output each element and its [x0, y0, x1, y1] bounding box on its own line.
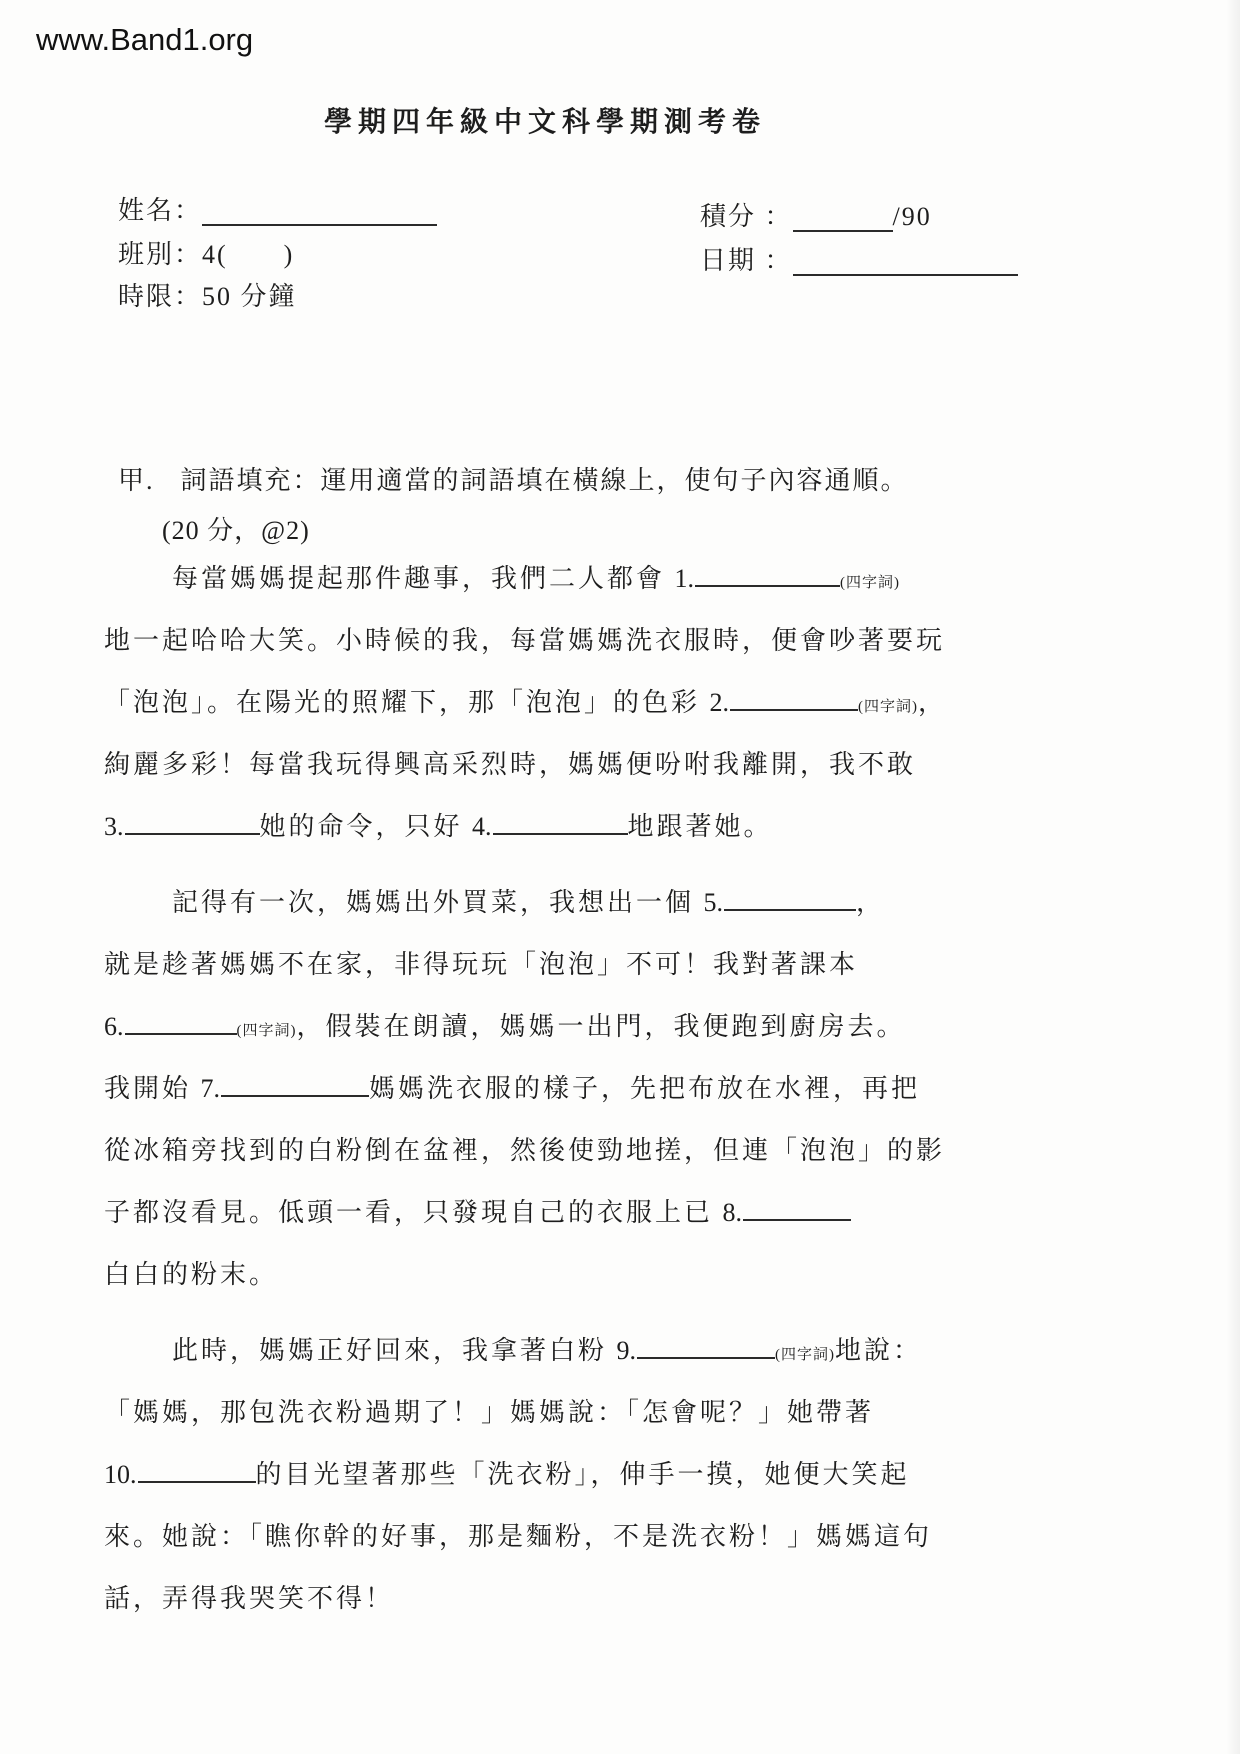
- passage-line-2: 地一起哈哈大笑。小時候的我，每當媽媽洗衣服時，便會吵著要玩: [104, 610, 1134, 672]
- blank-number-7: 7.: [201, 1074, 221, 1103]
- scan-edge-artifact: [1226, 0, 1240, 1754]
- passage-line-5: 3.她的命令，只好 4.地跟著她。: [104, 796, 1134, 858]
- score-total: /90: [893, 202, 932, 231]
- passage-text: 白白的粉末。: [104, 1260, 278, 1289]
- four-char-word-note: (四字詞): [858, 699, 918, 715]
- class-row: 班別：4( ): [118, 234, 294, 271]
- section-heading: 詞語填充：運用適當的詞語填在橫線上，使句子內容通順。: [181, 466, 909, 495]
- passage-text: ，: [856, 888, 885, 917]
- passage-text: 就是趁著媽媽不在家，非得玩玩「泡泡」不可！我對著課本: [104, 950, 858, 979]
- class-label: 班別：: [118, 240, 202, 269]
- date-label: 日期 ：: [700, 246, 793, 275]
- passage-line-16: 來。她說：「瞧你幹的好事，那是麵粉，不是洗衣粉！」媽媽這句: [104, 1506, 1134, 1568]
- date-blank-line: [793, 274, 1018, 276]
- answer-blank-2: [730, 699, 858, 711]
- passage-text: 此時，媽媽正好回來，我拿著白粉: [172, 1336, 617, 1365]
- passage-line-1: 每當媽媽提起那件趣事，我們二人都會 1.(四字詞): [104, 548, 1134, 610]
- blank-number-10: 10.: [104, 1460, 137, 1489]
- passage-text: 地一起哈哈大笑。小時候的我，每當媽媽洗衣服時，便會吵著要玩: [104, 626, 945, 655]
- passage-line-14: 「媽媽，那包洗衣粉過期了！」媽媽說：「怎會呢？」她帶著: [104, 1382, 1134, 1444]
- score-blank-line: [793, 230, 893, 232]
- four-char-word-note: (四字詞): [840, 575, 900, 591]
- page-title: 學期四年級中文科學期測考卷: [0, 100, 1090, 140]
- score-row: 積分 ：/90: [700, 196, 932, 233]
- answer-blank-10: [138, 1471, 256, 1483]
- passage-line-12: 白白的粉末。: [104, 1244, 1134, 1306]
- four-char-word-note: (四字詞): [237, 1023, 297, 1039]
- passage-text: 記得有一次，媽媽出外買菜，我想出一個: [172, 888, 704, 917]
- passage-line-3: 「泡泡」。在陽光的照耀下，那「泡泡」的色彩 2.(四字詞)，: [104, 672, 1134, 734]
- passage-text: 每當媽媽提起那件趣事，我們二人都會: [172, 564, 675, 593]
- passage-text: 話，弄得我哭笑不得！: [104, 1584, 394, 1613]
- time-limit-label: 時限：: [118, 282, 202, 311]
- passage-line-9: 我開始 7.媽媽洗衣服的樣子，先把布放在水裡，再把: [104, 1058, 1134, 1120]
- passage-text: ，: [918, 688, 947, 717]
- passage-text: 「泡泡」。在陽光的照耀下，那「泡泡」的色彩: [104, 688, 710, 717]
- passage-line-4: 絢麗多彩！每當我玩得興高采烈時，媽媽便吩咐我離開，我不敢: [104, 734, 1134, 796]
- passage-text: 媽媽洗衣服的樣子，先把布放在水裡，再把: [369, 1074, 920, 1103]
- section-heading-row: 甲.詞語填充：運用適當的詞語填在橫線上，使句子內容通順。: [118, 460, 909, 497]
- name-blank-line: [202, 224, 437, 226]
- passage-text: 「媽媽，那包洗衣粉過期了！」媽媽說：「怎會呢？」她帶著: [104, 1398, 874, 1427]
- answer-blank-8: [743, 1209, 851, 1221]
- answer-blank-4: [493, 823, 628, 835]
- passage-text: 子都沒看見。低頭一看，只發現自己的衣服上已: [104, 1198, 723, 1227]
- watermark: www.Band1.org: [36, 22, 253, 58]
- exam-page: www.Band1.org 學期四年級中文科學期測考卷 姓名： 班別：4( ) …: [0, 0, 1240, 1754]
- blank-number-5: 5.: [704, 888, 724, 917]
- time-limit-row: 時限：50 分鐘: [118, 276, 297, 313]
- passage-text: 地跟著她。: [628, 812, 773, 841]
- score-label: 積分 ：: [700, 202, 793, 231]
- passage-text: ，假裝在朗讀，媽媽一出門，我便跑到廚房去。: [297, 1012, 906, 1041]
- passage-text: 絢麗多彩！每當我玩得興高采烈時，媽媽便吩咐我離開，我不敢: [104, 750, 916, 779]
- passage-text: 她的命令，只好: [260, 812, 473, 841]
- answer-blank-1: [695, 575, 840, 587]
- passage-text: 我開始: [104, 1074, 201, 1103]
- passage-line-17: 話，弄得我哭笑不得！: [104, 1568, 1134, 1630]
- blank-number-4: 4.: [472, 812, 492, 841]
- answer-blank-6: [125, 1023, 237, 1035]
- passage-text: 的目光望著那些「洗衣粉」，伸手一摸，她便大笑起: [256, 1460, 910, 1489]
- class-value: 4( ): [202, 240, 294, 269]
- date-row: 日期 ：: [700, 240, 1018, 277]
- answer-blank-3: [125, 823, 260, 835]
- passage-line-6: 記得有一次，媽媽出外買菜，我想出一個 5.，: [104, 872, 1134, 934]
- section-points: (20 分，@2): [162, 510, 310, 547]
- four-char-word-note: (四字詞): [775, 1347, 835, 1363]
- blank-number-8: 8.: [723, 1198, 743, 1227]
- name-row: 姓名：: [118, 190, 437, 227]
- passage-line-7: 就是趁著媽媽不在家，非得玩玩「泡泡」不可！我對著課本: [104, 934, 1134, 996]
- answer-blank-5: [724, 899, 856, 911]
- passage-line-11: 子都沒看見。低頭一看，只發現自己的衣服上已 8.: [104, 1182, 1134, 1244]
- blank-number-6: 6.: [104, 1012, 124, 1041]
- answer-blank-9: [637, 1347, 775, 1359]
- answer-blank-7: [221, 1085, 369, 1097]
- section-marker: 甲.: [118, 466, 155, 495]
- passage-line-8: 6.(四字詞)，假裝在朗讀，媽媽一出門，我便跑到廚房去。: [104, 996, 1134, 1058]
- passage-text: 來。她說：「瞧你幹的好事，那是麵粉，不是洗衣粉！」媽媽這句: [104, 1522, 932, 1551]
- passage-line-15: 10.的目光望著那些「洗衣粉」，伸手一摸，她便大笑起: [104, 1444, 1134, 1506]
- passage-text: 地說：: [835, 1336, 922, 1365]
- blank-number-3: 3.: [104, 812, 124, 841]
- passage-text: 從冰箱旁找到的白粉倒在盆裡，然後使勁地搓，但連「泡泡」的影: [104, 1136, 945, 1165]
- name-label: 姓名：: [118, 196, 202, 225]
- passage-line-10: 從冰箱旁找到的白粉倒在盆裡，然後使勁地搓，但連「泡泡」的影: [104, 1120, 1134, 1182]
- blank-number-1: 1.: [675, 564, 695, 593]
- blank-number-2: 2.: [710, 688, 730, 717]
- passage: 每當媽媽提起那件趣事，我們二人都會 1.(四字詞)地一起哈哈大笑。小時候的我，每…: [104, 548, 1134, 1630]
- passage-line-13: 此時，媽媽正好回來，我拿著白粉 9.(四字詞)地說：: [104, 1320, 1134, 1382]
- time-limit-value: 50 分鐘: [202, 282, 297, 311]
- blank-number-9: 9.: [617, 1336, 637, 1365]
